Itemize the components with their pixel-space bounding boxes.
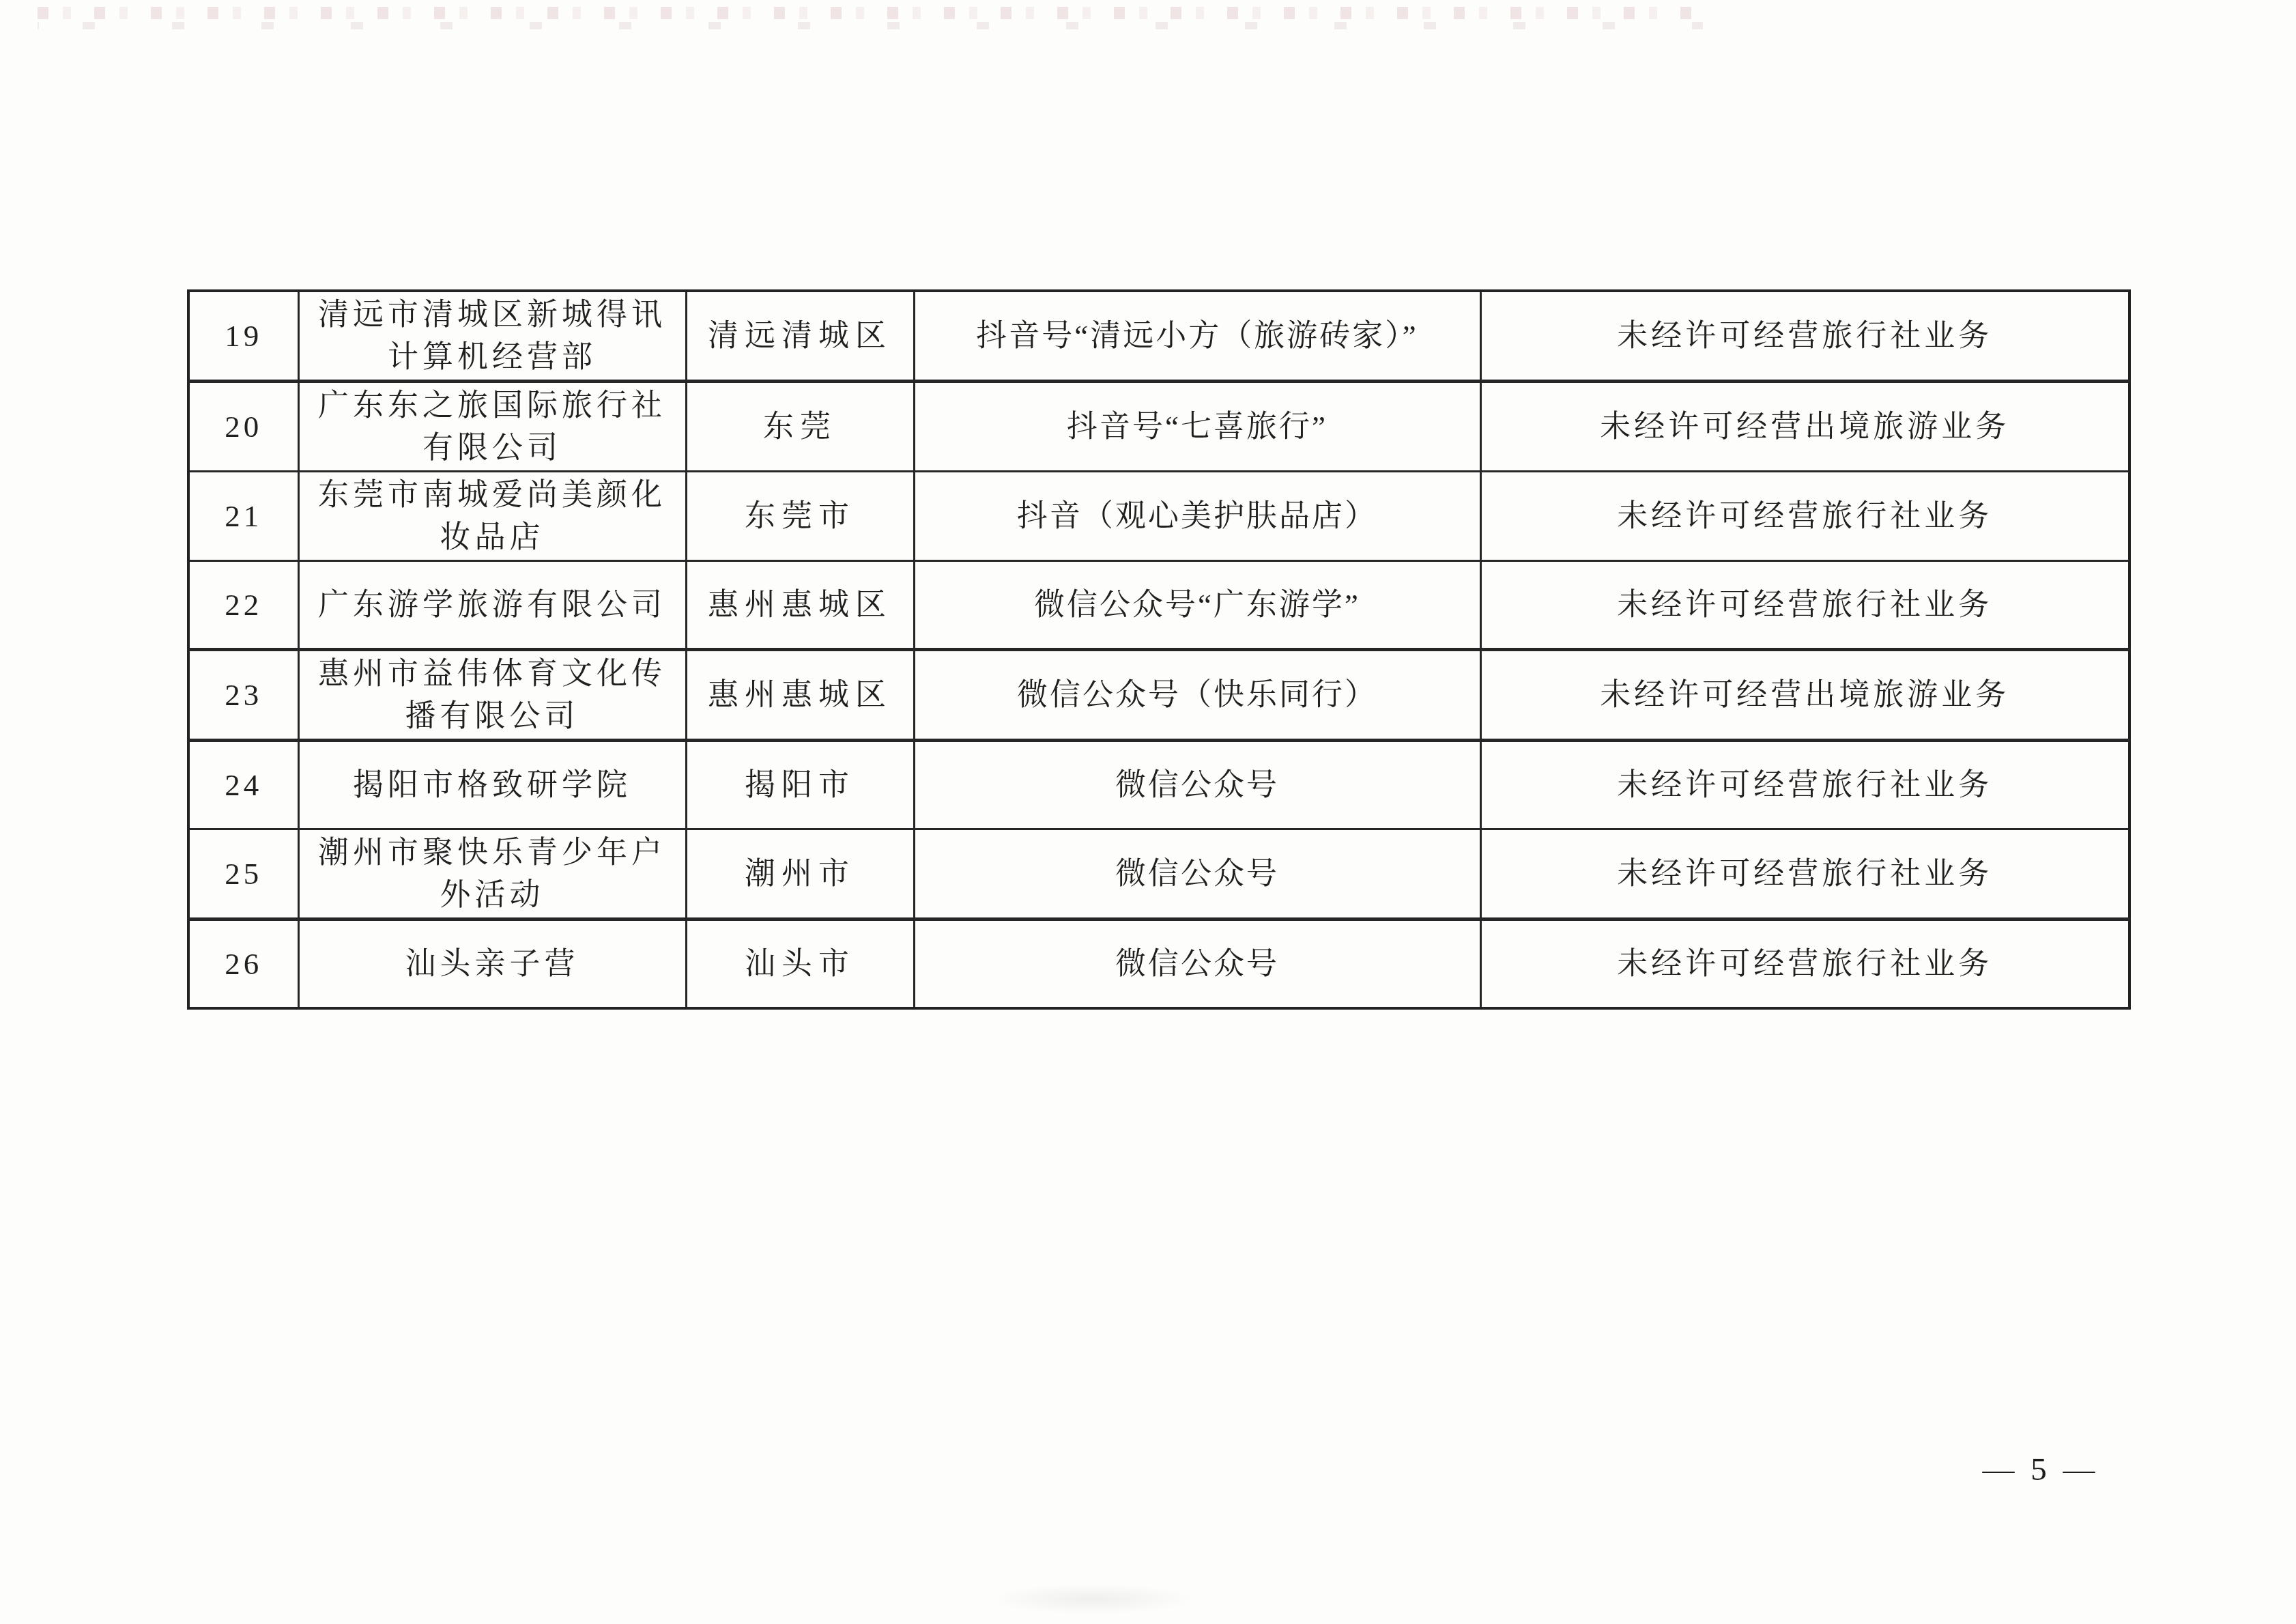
- company-name-cell: 广东东之旅国际旅行社有限公司: [298, 382, 686, 472]
- violation-cell: 未经许可经营出境旅游业务: [1480, 382, 2129, 472]
- table-row: 24 揭阳市格致研学院 揭阳市 微信公众号 未经许可经营旅行社业务: [188, 741, 2129, 829]
- platform-cell: 微信公众号“广东游学”: [914, 561, 1480, 650]
- region-cell: 惠州惠城区: [686, 561, 914, 650]
- platform-cell: 微信公众号（快乐同行）: [914, 650, 1480, 741]
- row-number-cell: 21: [188, 472, 298, 561]
- platform-cell: 微信公众号: [914, 920, 1480, 1008]
- violation-cell: 未经许可经营出境旅游业务: [1480, 650, 2129, 741]
- table-row: 21 东莞市南城爱尚美颜化妆品店 东莞市 抖音（观心美护肤品店） 未经许可经营旅…: [188, 472, 2129, 561]
- region-cell: 东莞市: [686, 472, 914, 561]
- platform-cell: 微信公众号: [914, 829, 1480, 920]
- region-cell: 惠州惠城区: [686, 650, 914, 741]
- platform-cell: 抖音号“七喜旅行”: [914, 382, 1480, 472]
- unlicensed-travel-operators-table: 19 清远市清城区新城得讯计算机经营部 清远清城区 抖音号“清远小方（旅游砖家）…: [187, 289, 2131, 1010]
- row-number-cell: 20: [188, 382, 298, 472]
- region-cell: 潮州市: [686, 829, 914, 920]
- company-name-cell: 东莞市南城爱尚美颜化妆品店: [298, 472, 686, 561]
- region-cell: 揭阳市: [686, 741, 914, 829]
- row-number-cell: 23: [188, 650, 298, 741]
- company-name-cell: 清远市清城区新城得讯计算机经营部: [298, 291, 686, 382]
- company-name-cell: 广东游学旅游有限公司: [298, 561, 686, 650]
- violation-cell: 未经许可经营旅行社业务: [1480, 920, 2129, 1008]
- table-row: 26 汕头亲子营 汕头市 微信公众号 未经许可经营旅行社业务: [188, 920, 2129, 1008]
- scan-noise-artifact: [38, 5, 1703, 33]
- scanned-document-page: 19 清远市清城区新城得讯计算机经营部 清远清城区 抖音号“清远小方（旅游砖家）…: [0, 0, 2296, 1624]
- violation-cell: 未经许可经营旅行社业务: [1480, 561, 2129, 650]
- platform-cell: 微信公众号: [914, 741, 1480, 829]
- region-cell: 清远清城区: [686, 291, 914, 382]
- platform-cell: 抖音号“清远小方（旅游砖家）”: [914, 291, 1480, 382]
- company-name-cell: 惠州市益伟体育文化传播有限公司: [298, 650, 686, 741]
- region-cell: 汕头市: [686, 920, 914, 1008]
- row-number-cell: 24: [188, 741, 298, 829]
- table-row: 19 清远市清城区新城得讯计算机经营部 清远清城区 抖音号“清远小方（旅游砖家）…: [188, 291, 2129, 382]
- table-row: 23 惠州市益伟体育文化传播有限公司 惠州惠城区 微信公众号（快乐同行） 未经许…: [188, 650, 2129, 741]
- table-row: 25 潮州市聚快乐青少年户外活动 潮州市 微信公众号 未经许可经营旅行社业务: [188, 829, 2129, 920]
- table-row: 20 广东东之旅国际旅行社有限公司 东莞 抖音号“七喜旅行” 未经许可经营出境旅…: [188, 382, 2129, 472]
- company-name-cell: 揭阳市格致研学院: [298, 741, 686, 829]
- row-number-cell: 22: [188, 561, 298, 650]
- row-number-cell: 25: [188, 829, 298, 920]
- company-name-cell: 汕头亲子营: [298, 920, 686, 1008]
- company-name-cell: 潮州市聚快乐青少年户外活动: [298, 829, 686, 920]
- violation-cell: 未经许可经营旅行社业务: [1480, 741, 2129, 829]
- table-row: 22 广东游学旅游有限公司 惠州惠城区 微信公众号“广东游学” 未经许可经营旅行…: [188, 561, 2129, 650]
- region-cell: 东莞: [686, 382, 914, 472]
- row-number-cell: 26: [188, 920, 298, 1008]
- violation-cell: 未经许可经营旅行社业务: [1480, 829, 2129, 920]
- page-number: — 5 —: [1952, 1451, 2129, 1488]
- scan-smudge-artifact: [990, 1584, 1194, 1614]
- violation-cell: 未经许可经营旅行社业务: [1480, 472, 2129, 561]
- violation-cell: 未经许可经营旅行社业务: [1480, 291, 2129, 382]
- row-number-cell: 19: [188, 291, 298, 382]
- platform-cell: 抖音（观心美护肤品店）: [914, 472, 1480, 561]
